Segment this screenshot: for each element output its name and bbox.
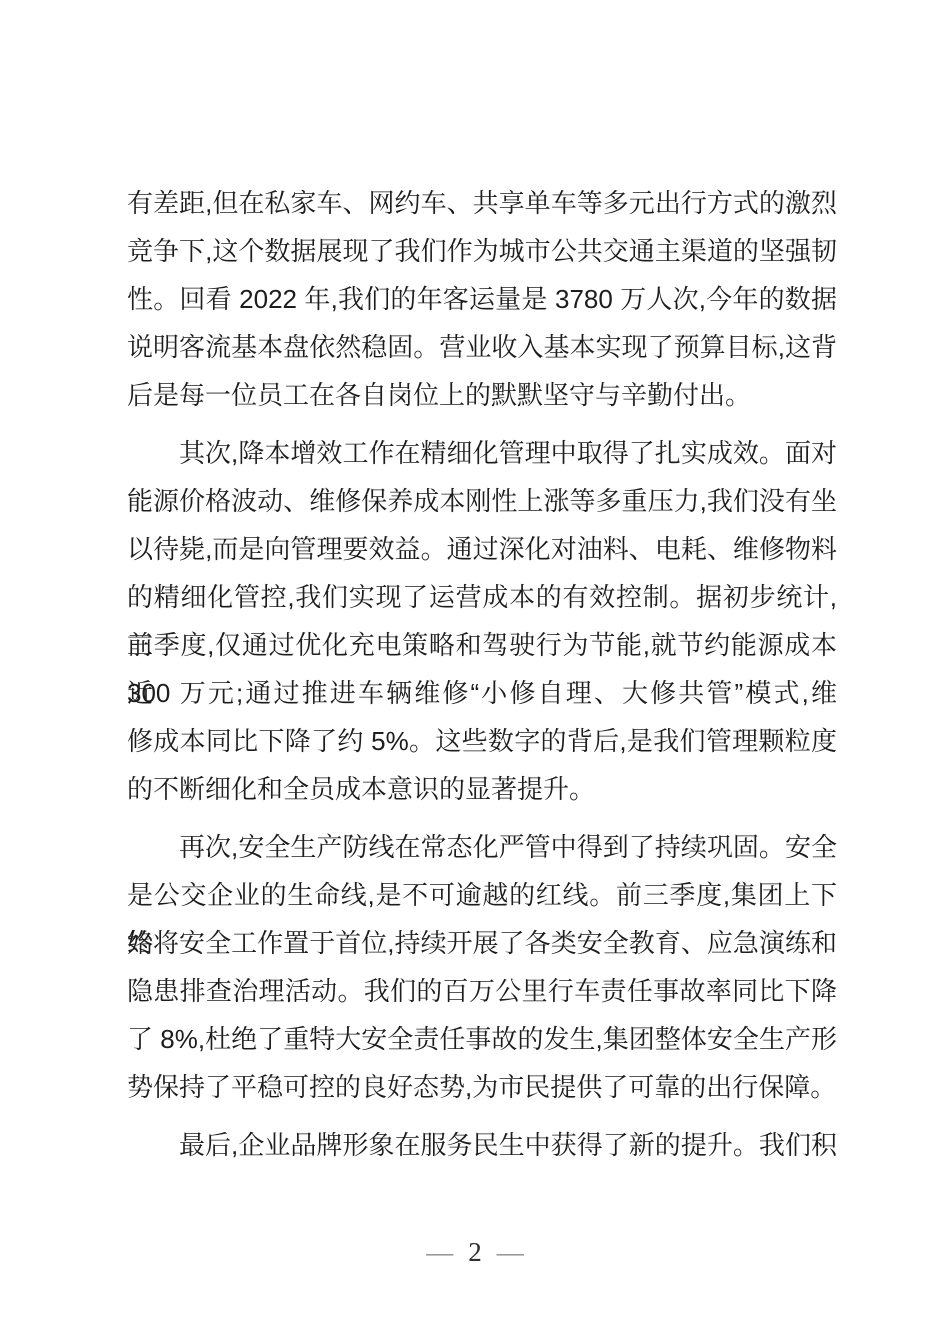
text-line: 是公交企业的生命线,是不可逾越的红线。前三季度,集团上下始: [127, 871, 837, 919]
text-line: 终将安全工作置于首位,持续开展了各类安全教育、应急演练和: [127, 919, 837, 967]
text-line: 隐患排查治理活动。我们的百万公里行车责任事故率同比下降: [127, 967, 837, 1015]
text-line: 能源价格波动、维修保养成本刚性上涨等多重压力,我们没有坐: [127, 477, 837, 525]
text-line: 性。回看 2022 年,我们的年客运量是 3780 万人次,今年的数据: [127, 275, 837, 323]
text-line: 的精细化管控,我们实现了运营成本的有效控制。据初步统计,前: [127, 573, 837, 621]
text-line: 其次,降本增效工作在精细化管理中取得了扎实成效。面对: [127, 429, 837, 477]
document-page: 有差距,但在私家车、网约车、共享单车等多元出行方式的激烈竞争下,这个数据展现了我…: [0, 0, 950, 1344]
text-line: 最后,企业品牌形象在服务民生中获得了新的提升。我们积: [127, 1121, 837, 1169]
page-number: 2: [468, 1237, 482, 1267]
footer-dash-right: —: [497, 1237, 524, 1267]
paragraph: 最后,企业品牌形象在服务民生中获得了新的提升。我们积: [127, 1121, 837, 1169]
text-line: 的不断细化和全员成本意识的显著提升。: [127, 765, 837, 813]
footer-dash-left: —: [426, 1237, 453, 1267]
document-body: 有差距,但在私家车、网约车、共享单车等多元出行方式的激烈竞争下,这个数据展现了我…: [127, 179, 837, 1169]
text-line: 有差距,但在私家车、网约车、共享单车等多元出行方式的激烈: [127, 179, 837, 227]
page-footer: —2—: [0, 1232, 950, 1272]
paragraph: 再次,安全生产防线在常态化严管中得到了持续巩固。安全是公交企业的生命线,是不可逾…: [127, 823, 837, 1111]
text-line: 以待毙,而是向管理要效益。通过深化对油料、电耗、维修物料: [127, 525, 837, 573]
paragraph: 有差距,但在私家车、网约车、共享单车等多元出行方式的激烈竞争下,这个数据展现了我…: [127, 179, 837, 419]
text-line: 300 万元;通过推进车辆维修“小修自理、大修共管”模式,维: [127, 669, 837, 717]
text-line: 三季度,仅通过优化充电策略和驾驶行为节能,就节约能源成本近: [127, 621, 837, 669]
text-line: 说明客流基本盘依然稳固。营业收入基本实现了预算目标,这背: [127, 323, 837, 371]
paragraph: 其次,降本增效工作在精细化管理中取得了扎实成效。面对能源价格波动、维修保养成本刚…: [127, 429, 837, 813]
text-line: 后是每一位员工在各自岗位上的默默坚守与辛勤付出。: [127, 371, 837, 419]
text-line: 竞争下,这个数据展现了我们作为城市公共交通主渠道的坚强韧: [127, 227, 837, 275]
text-line: 势保持了平稳可控的良好态势,为市民提供了可靠的出行保障。: [127, 1063, 837, 1111]
text-line: 再次,安全生产防线在常态化严管中得到了持续巩固。安全: [127, 823, 837, 871]
text-line: 修成本同比下降了约 5%。这些数字的背后,是我们管理颗粒度: [127, 717, 837, 765]
text-line: 了 8%,杜绝了重特大安全责任事故的发生,集团整体安全生产形: [127, 1015, 837, 1063]
